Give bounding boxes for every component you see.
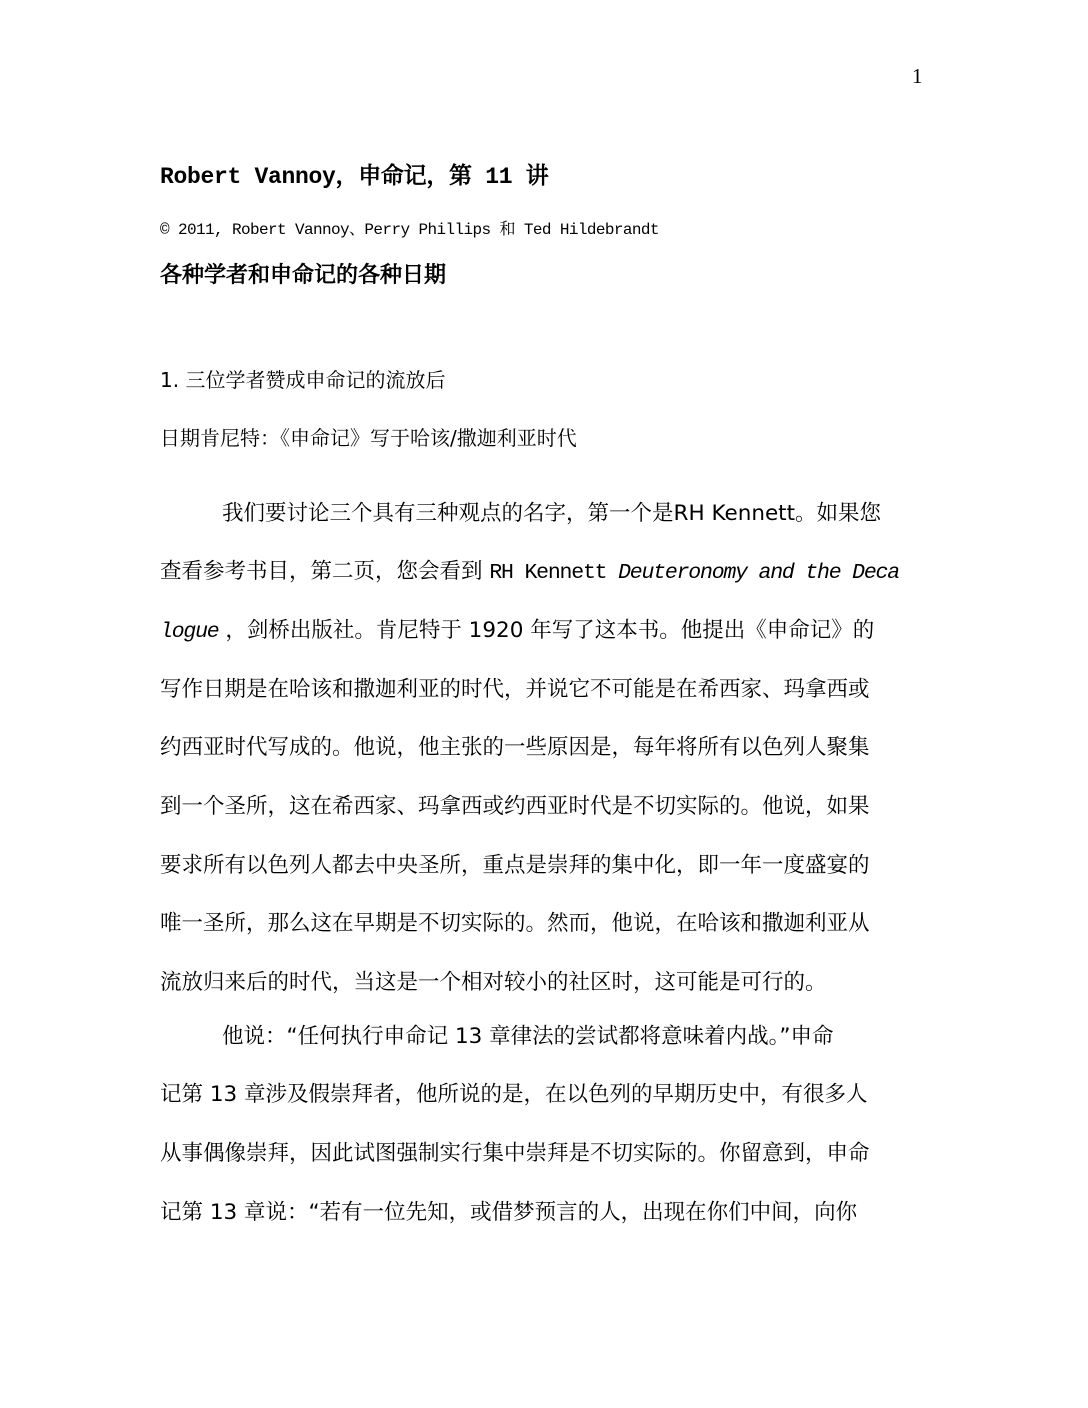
paragraph-line: 到一个圣所，这在希西家、玛拿西或约西亚时代是不切实际的。他说，如果 <box>160 792 870 822</box>
page-number: 1 <box>912 64 923 89</box>
subheading-item-1: 1. 三位学者赞成申命记的流放后 <box>160 364 445 393</box>
document-title: Robert Vannoy，申命记，第 11 讲 <box>160 157 548 190</box>
paragraph-line: logue ，剑桥出版社。肯尼特于 1920 年写了这本书。他提出《申命记》的 <box>160 616 874 646</box>
paragraph-line: 从事偶像崇拜，因此试图强制实行集中崇拜是不切实际的。你留意到，申命 <box>160 1139 870 1169</box>
paragraph-line: 要求所有以色列人都去中央圣所，重点是崇拜的集中化，即一年一度盛宴的 <box>160 851 870 881</box>
paragraph-line: 查看参考书目，第二页，您会看到 RH Kennett Deuteronomy a… <box>160 557 899 587</box>
book-title-italic: logue <box>160 620 219 644</box>
book-title-italic: Deuteronomy and the Deca <box>618 561 899 585</box>
paragraph-line: 流放归来后的时代，当这是一个相对较小的社区时，这可能是可行的。 <box>160 968 827 998</box>
copyright-line: © 2011, Robert Vannoy、Perry Phillips 和 T… <box>160 216 659 239</box>
paragraph-line: 他说：“任何执行申命记 13 章律法的尝试都将意味着内战。”申命 <box>222 1022 834 1052</box>
paragraph-line: 记第 13 章说：“若有一位先知，或借梦预言的人，出现在你们中间，向你 <box>160 1198 857 1228</box>
line-text: 查看参考书目，第二页，您会看到 <box>160 559 489 584</box>
paragraph-line: 记第 13 章涉及假崇拜者，他所说的是，在以色列的早期历史中，有很多人 <box>160 1080 868 1110</box>
paragraph-line: 唯一圣所，那么这在早期是不切实际的。然而，他说，在哈该和撒迦利亚从 <box>160 909 870 939</box>
subheading-item-2: 日期肯尼特：《申命记》写于哈该/撒迦利亚时代 <box>160 422 577 451</box>
author-name: RH Kennett <box>489 561 618 585</box>
section-heading: 各种学者和申命记的各种日期 <box>160 258 446 289</box>
paragraph-line: 写作日期是在哈该和撒迦利亚的时代，并说它不可能是在希西家、玛拿西或 <box>160 675 870 705</box>
paragraph-line: 我们要讨论三个具有三种观点的名字，第一个是RH Kennett。如果您 <box>222 499 881 529</box>
line-text: ，剑桥出版社。肯尼特于 1920 年写了这本书。他提出《申命记》的 <box>219 618 875 643</box>
paragraph-line: 约西亚时代写成的。他说，他主张的一些原因是，每年将所有以色列人聚集 <box>160 733 870 763</box>
